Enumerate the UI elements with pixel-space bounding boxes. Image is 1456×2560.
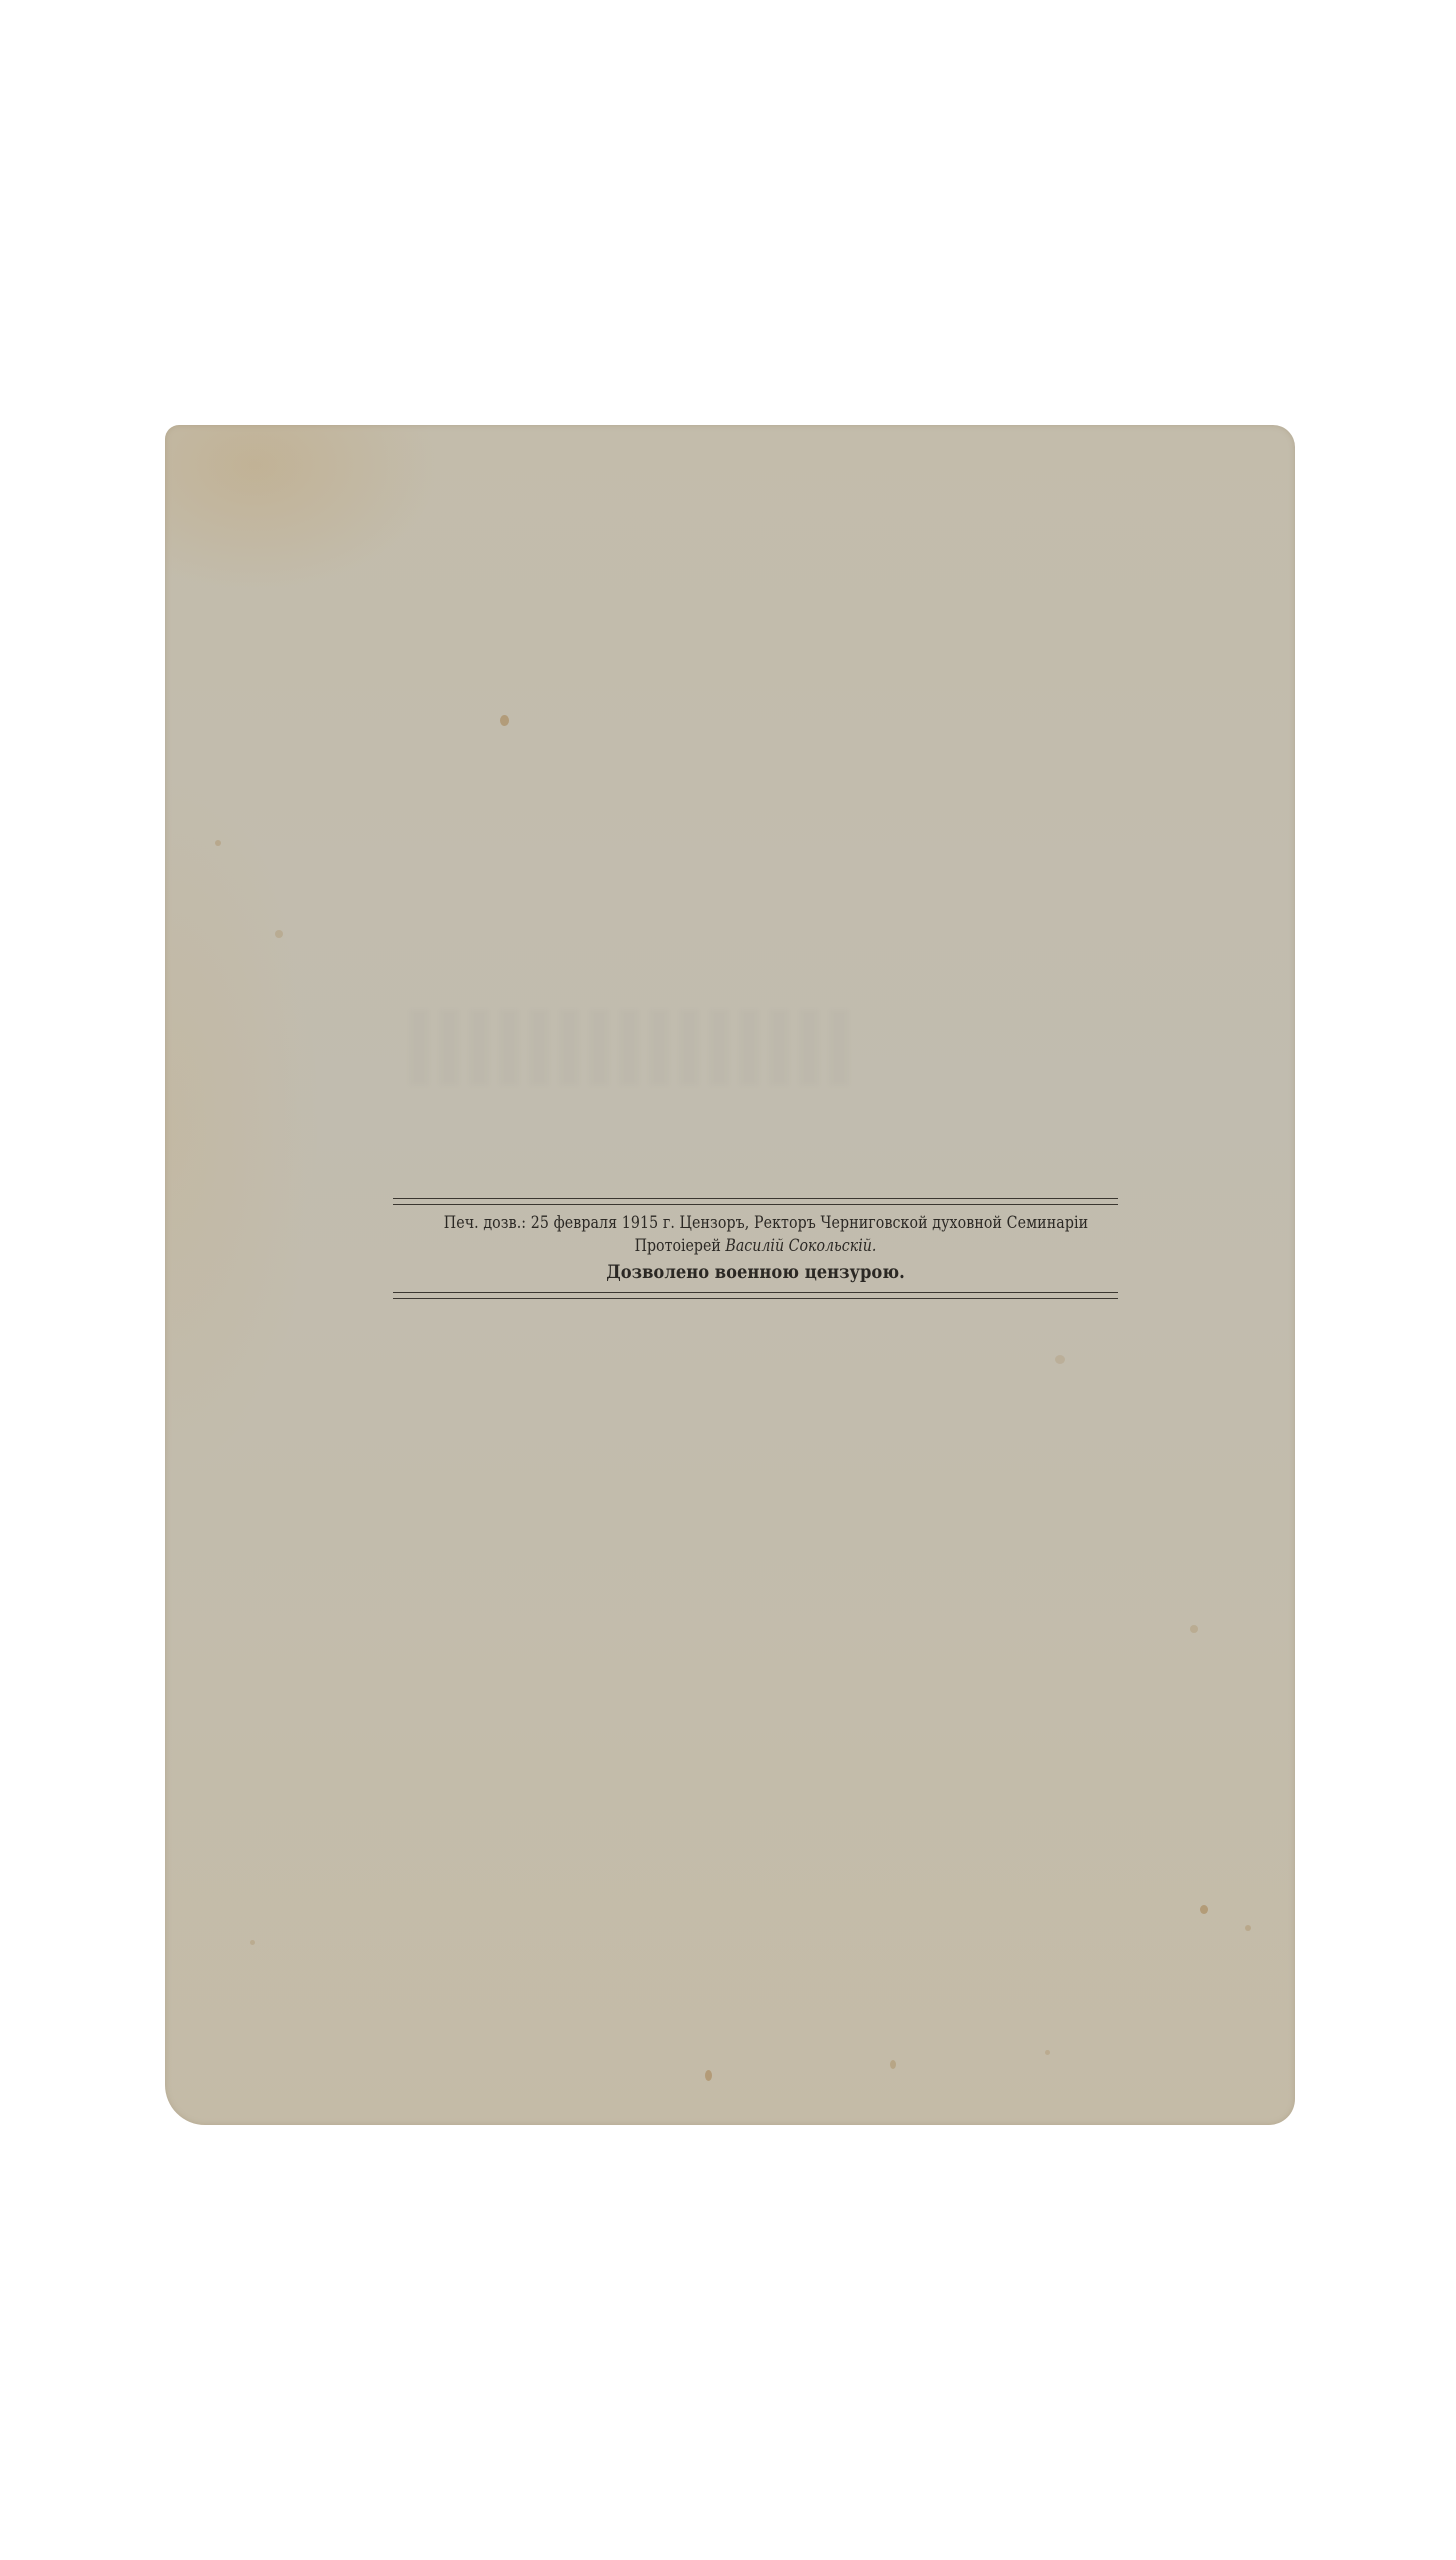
foxing-spot xyxy=(500,715,509,726)
foxing-spot xyxy=(1200,1905,1208,1914)
foxing-spot xyxy=(1055,1355,1065,1364)
foxing-spot xyxy=(705,2070,712,2081)
censor-name: Василій Сокольскій. xyxy=(725,1236,876,1255)
foxing-spot xyxy=(215,840,221,846)
foxing-spot xyxy=(1190,1625,1198,1633)
show-through-title xyxy=(410,1010,850,1085)
censor-line: Протоіерей Василій Сокольскій. xyxy=(444,1236,1068,1255)
top-double-rule xyxy=(393,1198,1118,1205)
permission-line: Печ. дозв.: 25 февраля 1915 г. Цензоръ, … xyxy=(444,1213,1068,1232)
bottom-double-rule xyxy=(393,1292,1118,1299)
foxing-spot xyxy=(250,1940,255,1945)
foxing-spot xyxy=(1245,1925,1251,1931)
foxing-spot xyxy=(1045,2050,1050,2055)
paper-page: Печ. дозв.: 25 февраля 1915 г. Цензоръ, … xyxy=(165,425,1295,2125)
foxing-spot xyxy=(275,930,283,938)
military-censorship-line: Дозволено военною цензурою. xyxy=(444,1261,1068,1283)
foxing-spot xyxy=(890,2060,896,2069)
censor-title: Протоіерей xyxy=(635,1236,721,1255)
imprint-block: Печ. дозв.: 25 февраля 1915 г. Цензоръ, … xyxy=(393,1198,1118,1299)
